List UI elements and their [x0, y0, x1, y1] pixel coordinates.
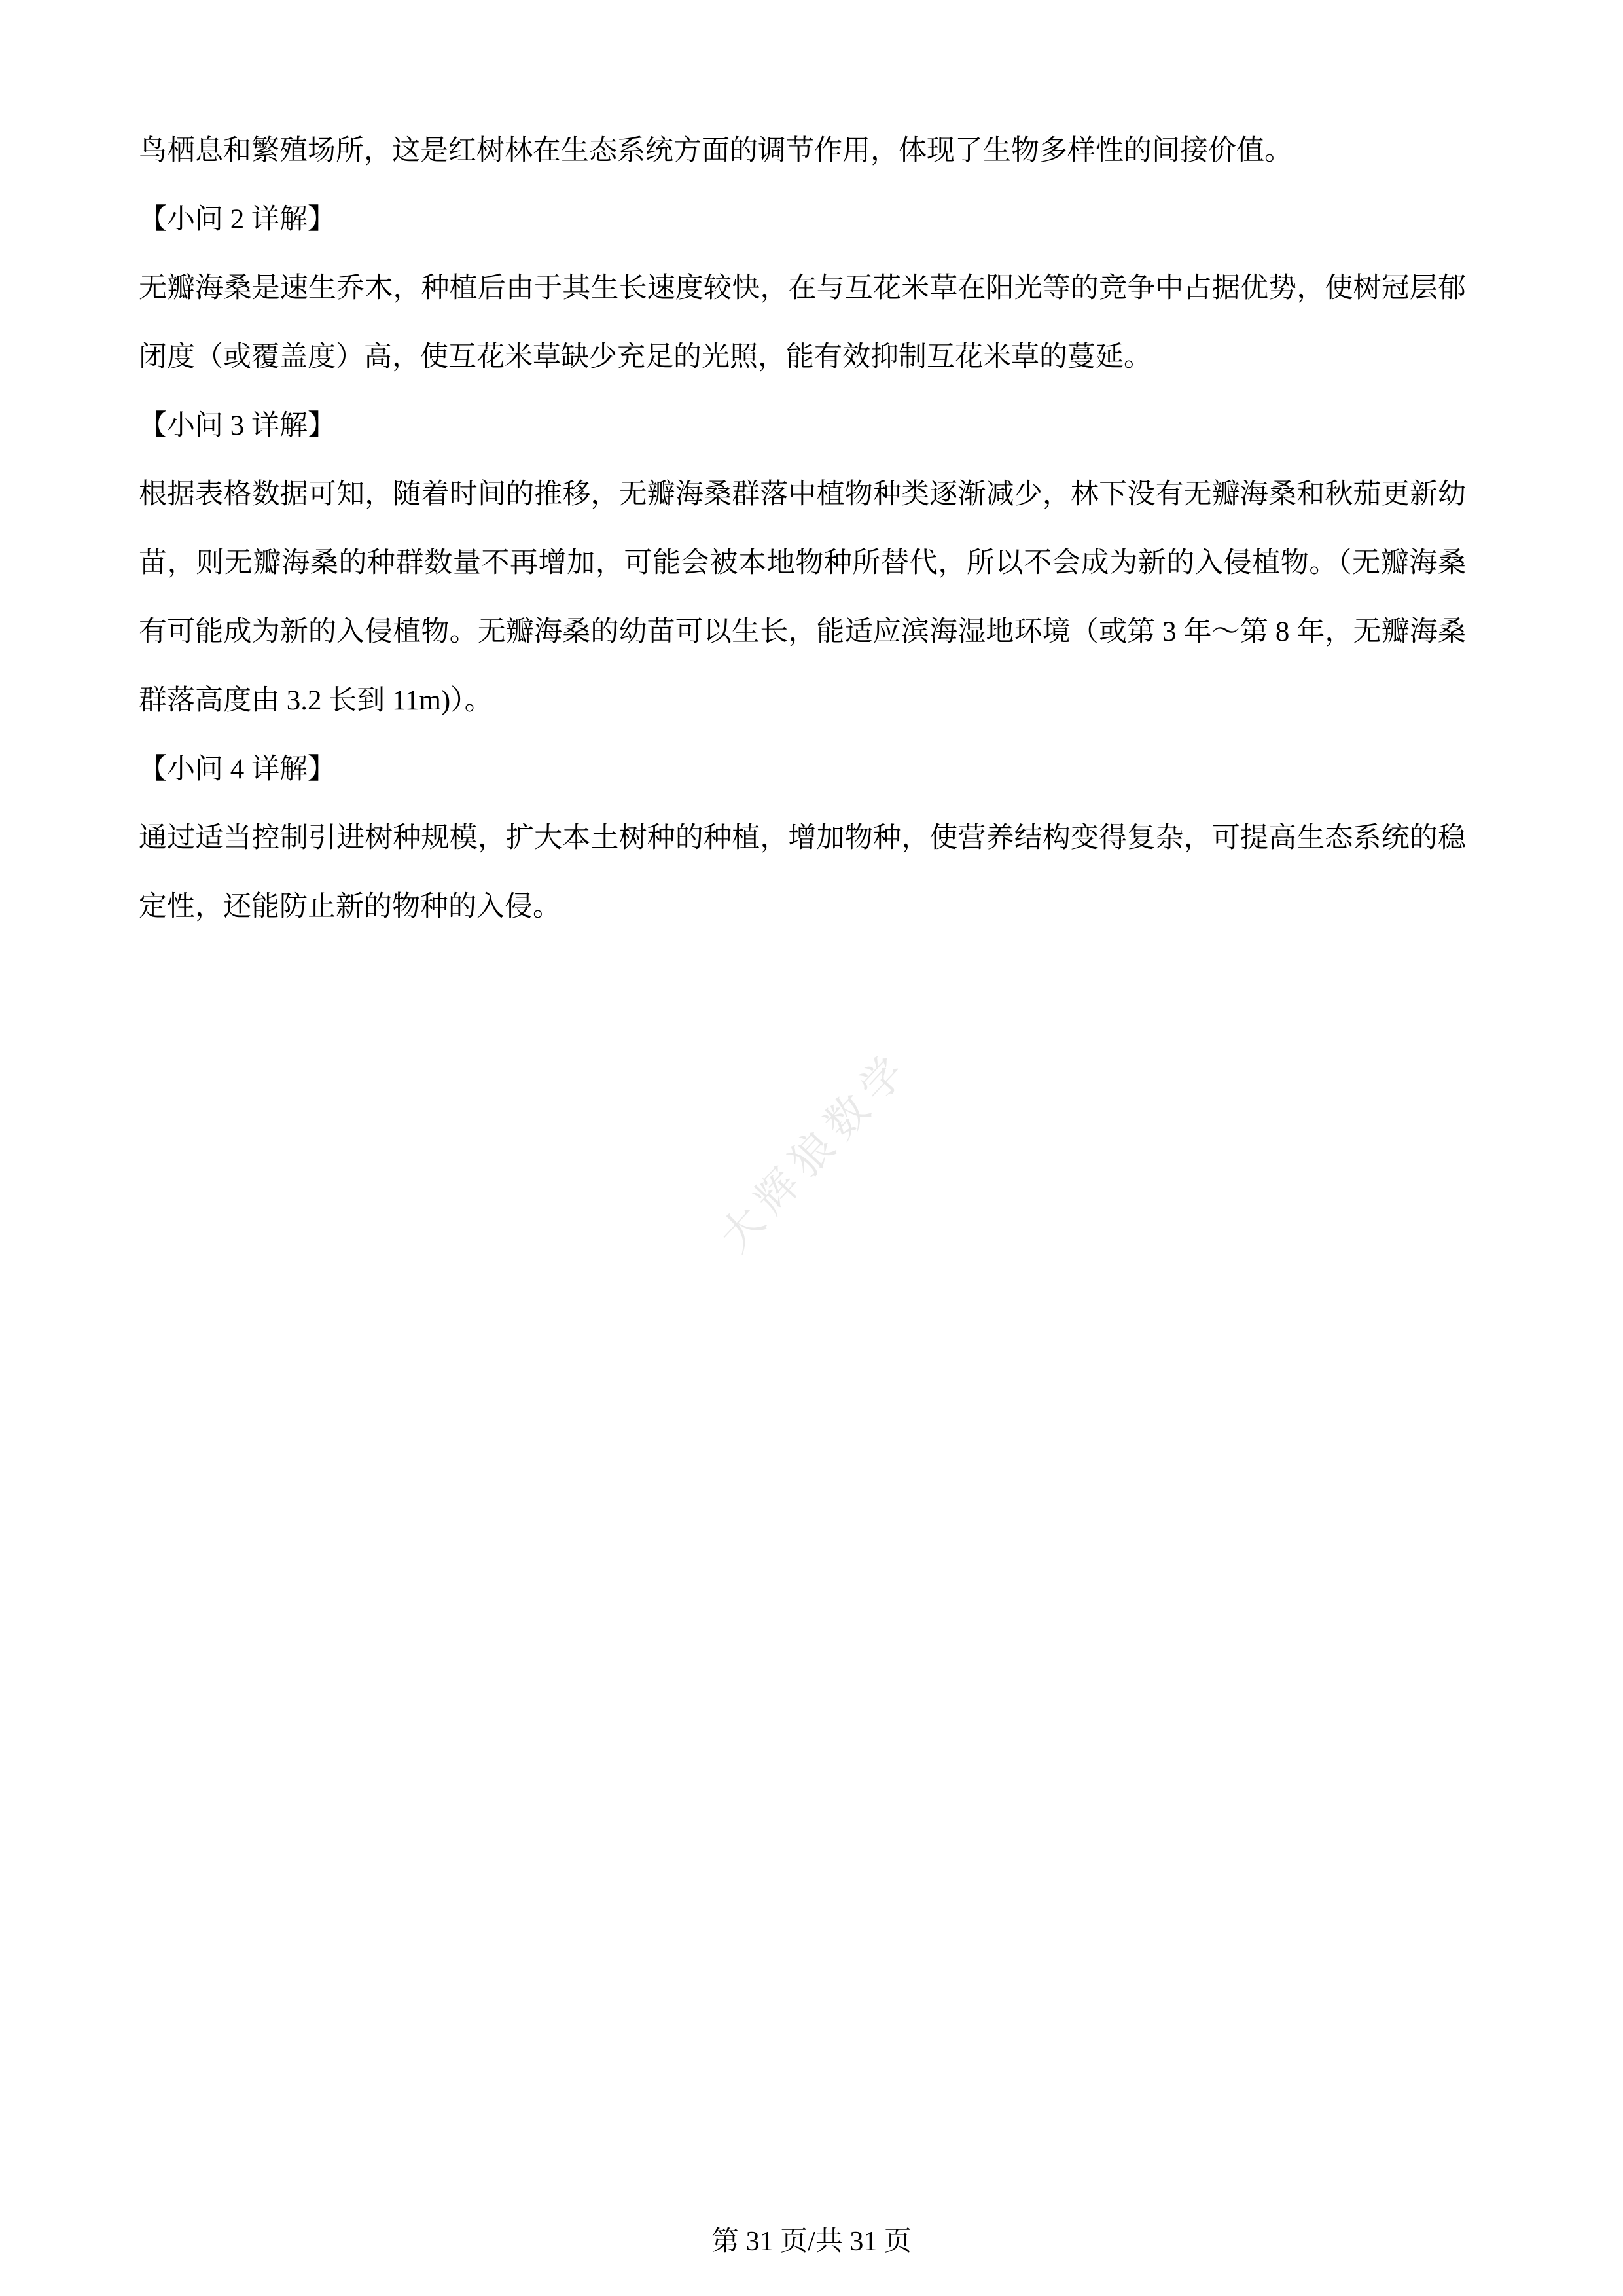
answer-paragraph-1: 鸟栖息和繁殖场所，这是红树林在生态系统方面的调节作用，体现了生物多样性的间接价值…	[139, 117, 1466, 185]
subquestion-4-heading: 【小问 4 详解】	[139, 735, 1466, 804]
answer-text-block: 鸟栖息和繁殖场所，这是红树林在生态系统方面的调节作用，体现了生物多样性的间接价值…	[139, 117, 1466, 941]
watermark-text: 大辉狼数学	[704, 1035, 921, 1263]
page-number: 第 31 页/共 31 页	[0, 2225, 1623, 2258]
answer-paragraph-3: 根据表格数据可知，随着时间的推移，无瓣海桑群落中植物种类逐渐减少，林下没有无瓣海…	[139, 460, 1466, 735]
subquestion-2-heading: 【小问 2 详解】	[139, 185, 1466, 254]
subquestion-3-heading: 【小问 3 详解】	[139, 391, 1466, 460]
document-page: 鸟栖息和繁殖场所，这是红树林在生态系统方面的调节作用，体现了生物多样性的间接价值…	[0, 0, 1623, 2296]
answer-paragraph-4: 通过适当控制引进树种规模，扩大本土树种的种植，增加物种，使营养结构变得复杂，可提…	[139, 804, 1466, 941]
answer-paragraph-2: 无瓣海桑是速生乔木，种植后由于其生长速度较快，在与互花米草在阳光等的竞争中占据优…	[139, 254, 1466, 391]
